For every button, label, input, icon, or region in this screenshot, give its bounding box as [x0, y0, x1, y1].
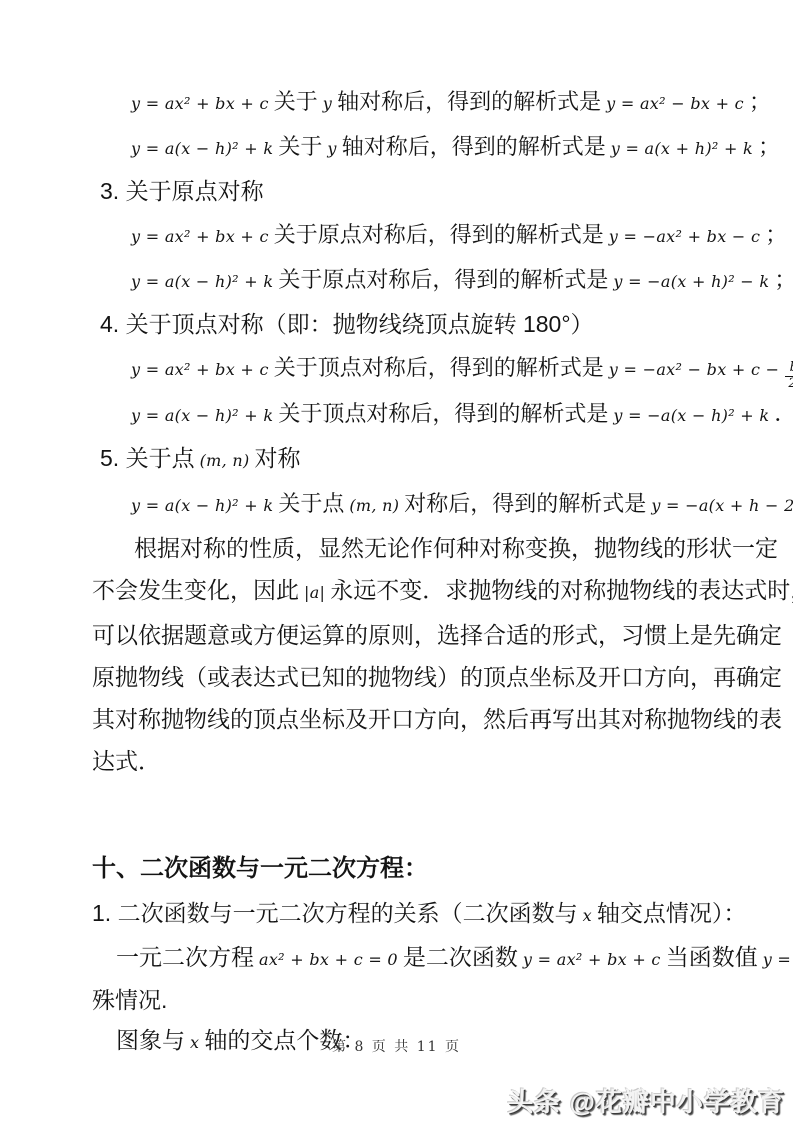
- math-segment: y = −a(x − h)² + k: [608, 406, 774, 425]
- text-segment: ；: [749, 89, 771, 114]
- document-line: y = a(x − h)² + k关于点(m, n)对称后，得到的解析式是y =…: [126, 482, 753, 527]
- document-line: y = ax² + bx + c关于顶点对称后，得到的解析式是y = −ax² …: [126, 346, 753, 392]
- text-segment: 1. 二次函数与一元二次方程的关系（二次函数与: [92, 900, 578, 926]
- math-segment: y = −a(x + h)² − k: [608, 272, 774, 291]
- text-segment: 其对称抛物线的顶点坐标及开口方向，然后再写出其对称抛物线的表: [92, 706, 782, 732]
- document-line: 4. 关于顶点对称（即：抛物线绕顶点旋转 180°）: [100, 303, 753, 346]
- math-segment: y = 0: [758, 950, 793, 969]
- text-segment: ；: [765, 222, 787, 247]
- fraction-denominator: 2a: [785, 376, 793, 392]
- text-segment: 原抛物线（或表达式已知的抛物线）的顶点坐标及开口方向，再确定: [92, 664, 782, 690]
- math-segment: y: [318, 94, 337, 113]
- text-segment: ；: [774, 267, 793, 292]
- text-segment: 4. 关于顶点对称（即：抛物线绕顶点旋转 180°）: [100, 311, 594, 337]
- document-line: 根据对称的性质，显然无论作何种对称变换，抛物线的形状一定: [92, 527, 753, 569]
- document-body: y = ax² + bx + c关于y轴对称后，得到的解析式是y = ax² −…: [0, 0, 793, 1063]
- math-segment: y = ax² + bx + c: [126, 227, 274, 246]
- text-segment: 关于: [278, 134, 322, 159]
- text-segment: 轴对称后，得到的解析式是: [337, 89, 601, 114]
- document-line: 原抛物线（或表达式已知的抛物线）的顶点坐标及开口方向，再确定: [92, 656, 753, 698]
- fraction-numerator: b²: [785, 361, 793, 376]
- math-segment: ax² + bx + c = 0: [254, 950, 403, 969]
- text-segment: 不会发生变化，因此: [92, 577, 299, 603]
- document-line: 5. 关于点(m, n)对称: [100, 437, 753, 482]
- document-line: 其对称抛物线的顶点坐标及开口方向，然后再写出其对称抛物线的表: [92, 698, 753, 740]
- text-segment: 可以依据题意或方便运算的原则，选择合适的形式，习惯上是先确定: [92, 622, 782, 648]
- text-segment: ．: [774, 401, 793, 426]
- math-segment: y = ax² + bx + c: [518, 950, 666, 969]
- document-line: 一元二次方程ax² + bx + c = 0是二次函数y = ax² + bx …: [92, 937, 753, 980]
- math-segment: y: [322, 139, 341, 158]
- text-segment: 关于顶点对称后，得到的解析式是: [278, 401, 608, 426]
- math-segment: y = a(x − h)² + k: [126, 406, 278, 425]
- text-segment: 一元二次方程: [116, 944, 254, 970]
- math-segment: (m, n): [195, 451, 255, 470]
- document-line: y = ax² + bx + c关于原点对称后，得到的解析式是y = −ax² …: [126, 213, 753, 258]
- math-segment: y = a(x − h)² + k: [126, 272, 278, 291]
- text-segment: 3. 关于原点对称: [100, 178, 264, 204]
- math-segment: y = a(x + h)² + k: [606, 139, 758, 158]
- math-segment: y = a(x − h)² + k: [126, 496, 278, 515]
- text-segment: ；: [758, 134, 780, 159]
- text-segment: 轴交点情况）：: [597, 900, 747, 926]
- text-segment: 轴对称后，得到的解析式是: [342, 134, 606, 159]
- math-segment: (m, n): [344, 496, 404, 515]
- text-segment: 5. 关于点: [100, 445, 195, 471]
- document-line: y = ax² + bx + c关于y轴对称后，得到的解析式是y = ax² −…: [126, 80, 753, 125]
- math-segment: y = −a(x + h − 2m)² + 2n − k: [646, 496, 793, 515]
- math-segment: y = ax² − bx + c: [601, 94, 749, 113]
- math-segment: x: [578, 906, 597, 925]
- math-segment: |a|: [299, 583, 330, 602]
- page-number: 第 8 页 共 11 页: [0, 1036, 793, 1056]
- watermark: 头条 @花瓣中小学教育: [507, 1082, 785, 1119]
- document-page: y = ax² + bx + c关于y轴对称后，得到的解析式是y = ax² −…: [0, 0, 793, 1122]
- text-segment: 关于原点对称后，得到的解析式是: [274, 222, 604, 247]
- document-line: 达式．: [92, 740, 753, 782]
- text-segment: 关于原点对称后，得到的解析式是: [278, 267, 608, 292]
- document-line: 可以依据题意或方便运算的原则，选择合适的形式，习惯上是先确定: [92, 614, 753, 656]
- text-segment: 关于顶点对称后，得到的解析式是: [274, 355, 604, 380]
- text-segment: 达式．: [92, 748, 161, 774]
- text-segment: 根据对称的性质，显然无论作何种对称变换，抛物线的形状一定: [134, 535, 778, 561]
- text-segment: 永远不变．求抛物线的对称抛物线的表达式时，: [330, 577, 793, 603]
- document-line: y = a(x − h)² + k关于原点对称后，得到的解析式是y = −a(x…: [126, 258, 753, 303]
- document-line: y = a(x − h)² + k关于y轴对称后，得到的解析式是y = a(x …: [126, 125, 753, 170]
- document-line: y = a(x − h)² + k关于顶点对称后，得到的解析式是y = −a(x…: [126, 392, 753, 437]
- text-segment: 对称: [255, 445, 301, 471]
- text-segment: 当函数值: [666, 944, 758, 970]
- math-segment: y = −ax² − bx + c −: [604, 360, 785, 379]
- text-segment: 关于点: [278, 491, 344, 516]
- document-line: 不会发生变化，因此|a|永远不变．求抛物线的对称抛物线的表达式时，: [92, 569, 753, 614]
- document-line: 1. 二次函数与一元二次方程的关系（二次函数与x轴交点情况）：: [92, 892, 753, 937]
- text-segment: 对称后，得到的解析式是: [404, 491, 646, 516]
- math-segment: y = ax² + bx + c: [126, 94, 274, 113]
- fraction: b²2a: [785, 361, 793, 392]
- math-segment: y = ax² + bx + c: [126, 360, 274, 379]
- text-segment: 是二次函数: [403, 944, 518, 970]
- math-segment: y = a(x − h)² + k: [126, 139, 278, 158]
- math-segment: y = −ax² + bx − c: [604, 227, 765, 246]
- document-line: 十、二次函数与一元二次方程：: [92, 846, 753, 892]
- text-segment: 关于: [274, 89, 318, 114]
- document-line: 3. 关于原点对称: [100, 170, 753, 213]
- document-line: 殊情况.: [92, 980, 753, 1020]
- text-segment: 十、二次函数与一元二次方程：: [92, 855, 428, 882]
- text-segment: 殊情况.: [92, 987, 167, 1013]
